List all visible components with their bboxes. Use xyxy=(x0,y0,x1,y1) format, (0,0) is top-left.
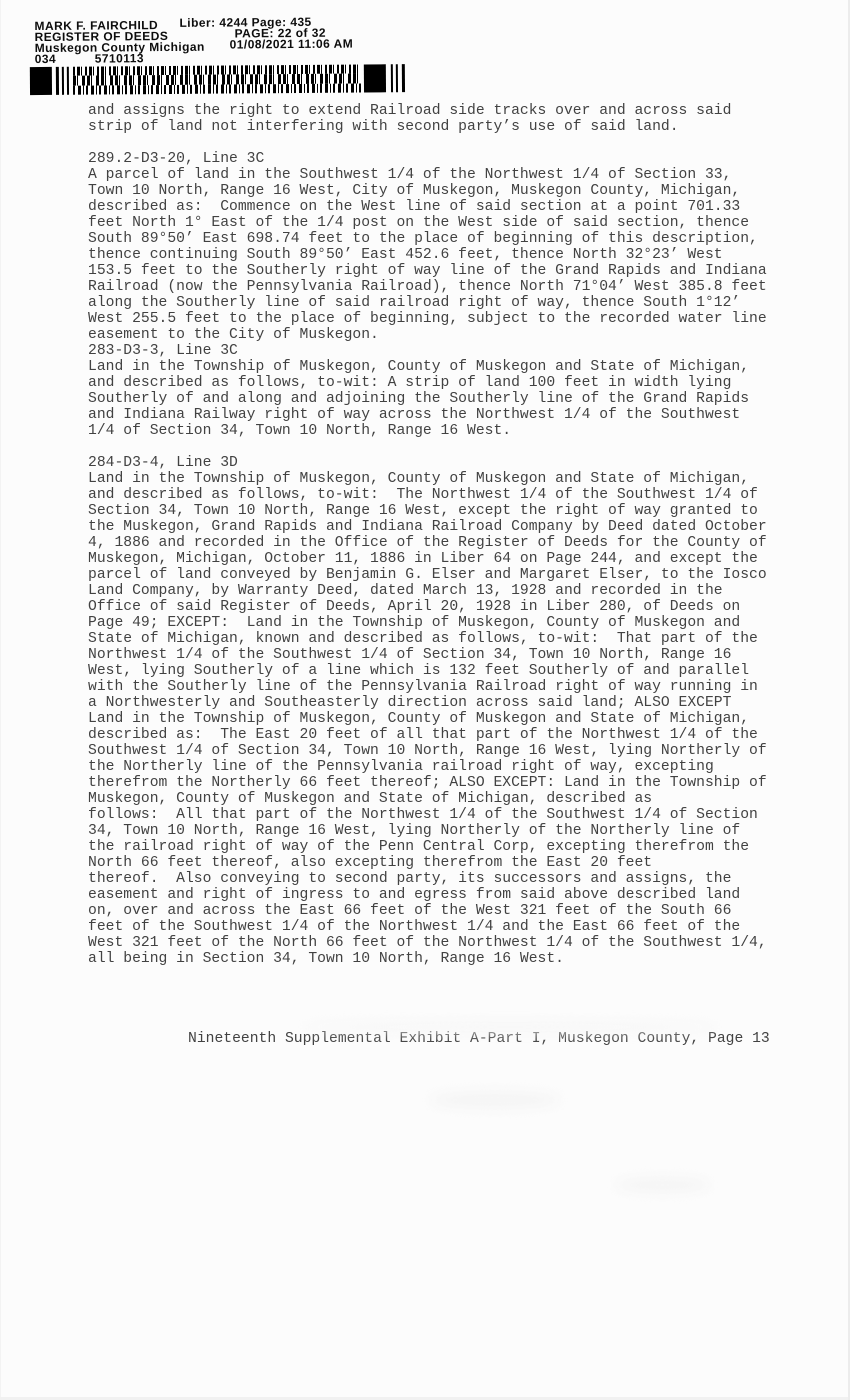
parcel-283-d3-3-text: 283-D3-3, Line 3C Land in the Township o… xyxy=(88,343,767,439)
barcode-bar xyxy=(62,67,64,95)
document-barcode xyxy=(30,64,408,95)
barcode-bar xyxy=(56,67,59,95)
scan-smudge xyxy=(615,1178,710,1192)
exhibit-footer: Nineteenth Supplemental Exhibit A-Part I… xyxy=(188,1031,770,1047)
barcode-stop-block xyxy=(364,64,386,92)
barcode-bar xyxy=(391,64,393,92)
deed-text-column: and assigns the right to extend Railroad… xyxy=(88,103,767,967)
scan-smudge xyxy=(430,1092,560,1108)
barcode-bar xyxy=(402,64,405,92)
stamp-station-code: 034 xyxy=(35,54,56,65)
scanned-deed-page: MARK F. FAIRCHILD Liber: 4244 Page: 435 … xyxy=(0,0,850,1400)
barcode-start-block xyxy=(30,67,52,95)
parcel-284-d3-4-text: 284-D3-4, Line 3D Land in the Township o… xyxy=(88,455,767,967)
scan-smudge xyxy=(300,1022,720,1032)
parcel-289-2-d3-20-text: 289.2-D3-20, Line 3C A parcel of land in… xyxy=(88,151,767,343)
stamp-record-datetime: 01/08/2021 11:06 AM xyxy=(230,39,354,51)
stamp-document-number: 5710113 xyxy=(95,53,144,64)
register-of-deeds-stamp: MARK F. FAIRCHILD Liber: 4244 Page: 435 … xyxy=(0,0,500,105)
barcode-bar xyxy=(67,67,69,95)
barcode-bar xyxy=(396,64,398,92)
barcode-data-region xyxy=(73,64,361,94)
intro-paragraph: and assigns the right to extend Railroad… xyxy=(88,103,767,135)
